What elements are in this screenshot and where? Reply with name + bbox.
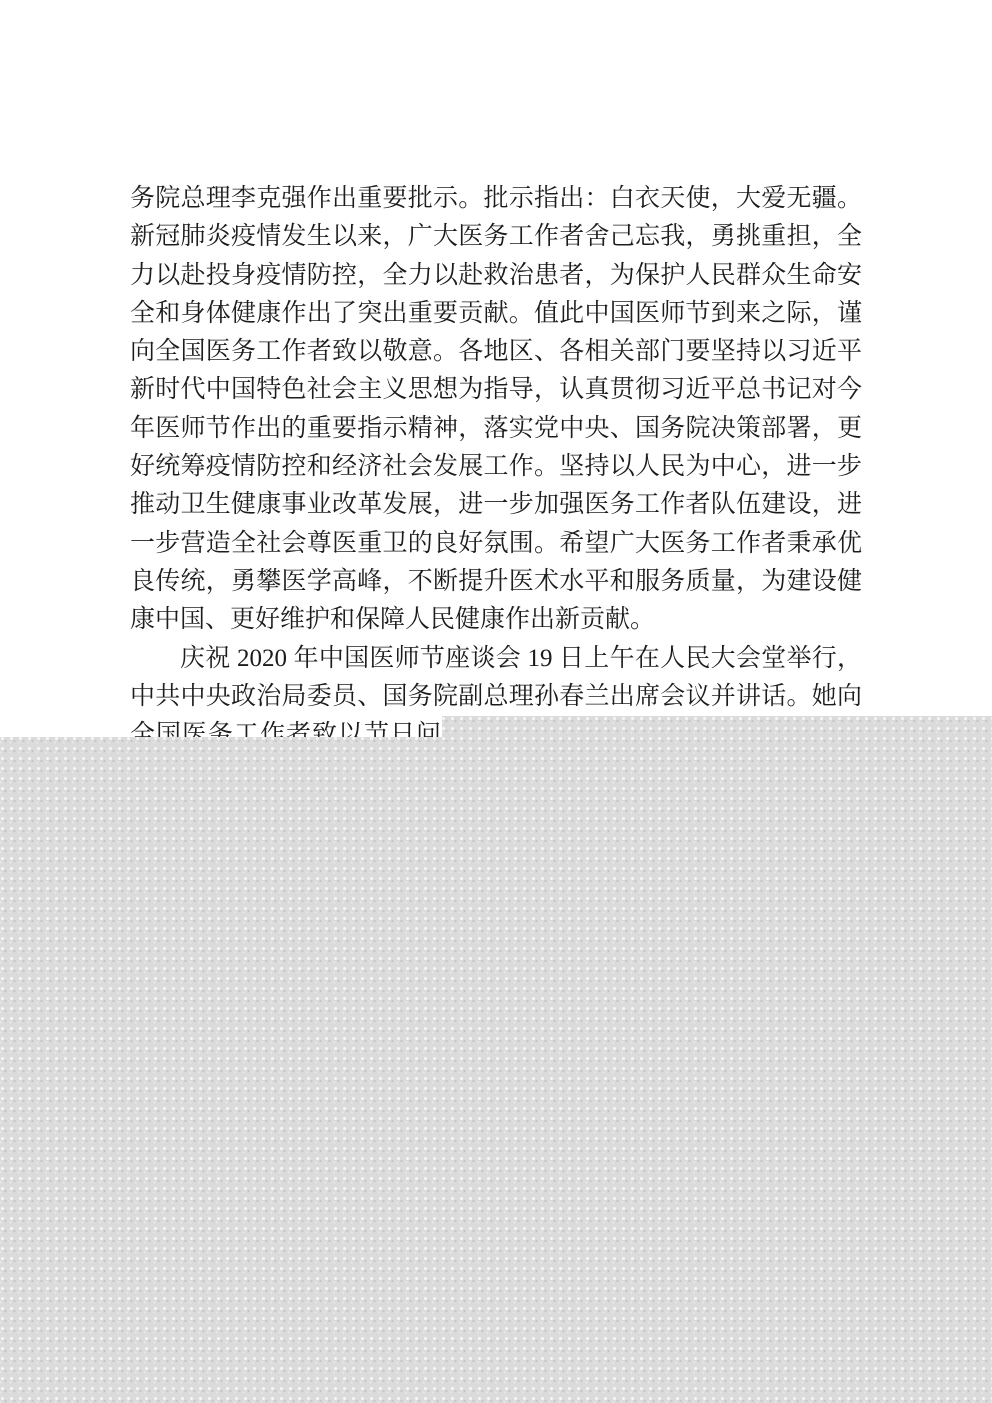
text-line: 新冠肺炎疫情发生以来，广大医务工作者舍己忘我，勇挑重担，全: [130, 218, 862, 256]
text-line: 务院总理李克强作出重要批示。批示指出：白衣天使，大爱无疆。: [130, 180, 862, 218]
text-line: 年医师节作出的重要指示精神，落实党中央、国务院决策部署，更: [130, 410, 862, 448]
document-page: 务院总理李克强作出重要批示。批示指出：白衣天使，大爱无疆。 新冠肺炎疫情发生以来…: [0, 0, 992, 1403]
text-line: 一步营造全社会尊医重卫的良好氛围。希望广大医务工作者秉承优: [130, 525, 862, 563]
text-line: 好统筹疫情防控和经济社会发展工作。坚持以人民为中心，进一步: [130, 448, 862, 486]
text-line: 全和身体健康作出了突出重要贡献。值此中国医师节到来之际，谨: [130, 295, 862, 333]
text-line: 向全国医务工作者致以敬意。各地区、各相关部门要坚持以习近平: [130, 333, 862, 371]
text-line-paragraph-end: 康中国、更好维护和保障人民健康作出新贡献。: [130, 601, 862, 639]
document-text-block: 务院总理李克强作出重要批示。批示指出：白衣天使，大爱无疆。 新冠肺炎疫情发生以来…: [130, 180, 862, 754]
text-line: 良传统，勇攀医学高峰，不断提升医术水平和服务质量，为建设健: [130, 563, 862, 601]
text-line-paragraph-start: 庆祝 2020 年中国医师节座谈会 19 日上午在人民大会堂举行，: [130, 640, 862, 678]
text-line: 新时代中国特色社会主义思想为指导，认真贯彻习近平总书记对今: [130, 371, 862, 409]
text-line: 推动卫生健康事业改革发展，进一步加强医务工作者队伍建设，进: [130, 486, 862, 524]
text-line: 中共中央政治局委员、国务院副总理孙春兰出席会议并讲话。她向: [130, 678, 862, 716]
unrendered-page-area: [0, 716, 992, 1403]
text-line: 力以赴投身疫情防控，全力以赴救治患者，为保护人民群众生命安: [130, 257, 862, 295]
